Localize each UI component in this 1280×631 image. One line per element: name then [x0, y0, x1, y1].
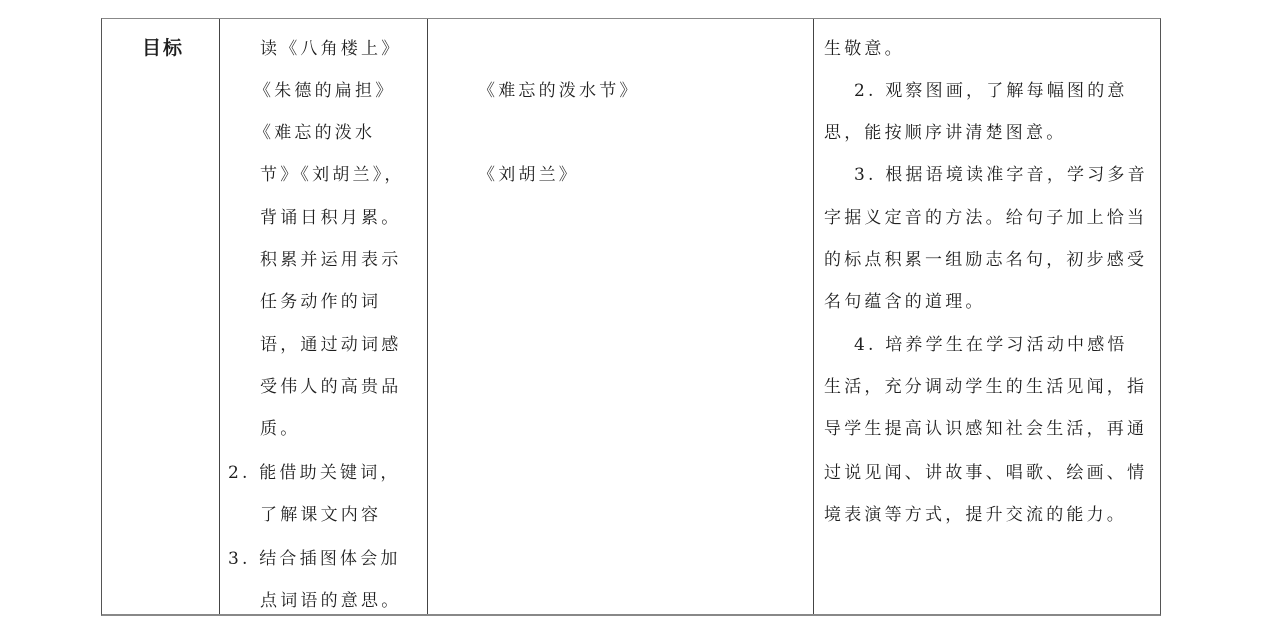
text-line: 节》《刘胡兰》，: [260, 165, 405, 185]
text-line: 的标点积累一组励志名句，初步感受: [824, 250, 1147, 270]
row-label: 目标: [142, 33, 184, 60]
text-line: 《刘胡兰》: [478, 165, 579, 185]
text-line: 导学生提高认识感知社会生活，再通: [824, 419, 1147, 439]
text-line: 生活，充分调动学生的生活见闻，指: [824, 377, 1147, 397]
text-line: 积累并运用表示: [260, 250, 401, 270]
text-line: 读《八角楼上》: [260, 39, 401, 59]
row-label-cell: 目标: [102, 19, 219, 614]
lesson-goals-table: 目标 读《八角楼上》《朱德的扁担》《难忘的泼水节》《刘胡兰》，背诵日积月累。积累…: [101, 18, 1161, 616]
text-line: 《难忘的泼水: [254, 123, 375, 143]
text-line: 名句蕴含的道理。: [824, 292, 986, 312]
text-line: 语，通过动词感: [260, 335, 401, 355]
text-line: 3. 根据语境读准字音，学习多音: [854, 165, 1148, 185]
text-line: 2. 观察图画，了解每幅图的意: [854, 81, 1128, 101]
text-line: 《朱德的扁担》: [254, 81, 395, 101]
content-cell-texts: 《难忘的泼水节》《刘胡兰》: [428, 19, 813, 614]
text-line: 质。: [260, 419, 300, 439]
text-line: 2. 能借助关键词，: [228, 463, 401, 483]
text-line: 过说见闻、讲故事、唱歌、绘画、情: [824, 463, 1147, 483]
text-line: 字据义定音的方法。给句子加上恰当: [824, 208, 1147, 228]
text-line: 任务动作的词: [260, 292, 381, 312]
text-line: 思，能按顺序讲清楚图意。: [824, 123, 1066, 143]
content-cell-objectives: 生敬意。2. 观察图画，了解每幅图的意思，能按顺序讲清楚图意。3. 根据语境读准…: [814, 19, 1161, 614]
text-line: 受伟人的高贵品: [260, 377, 401, 397]
text-line: 点词语的意思。: [260, 591, 401, 611]
text-line: 了解课文内容: [260, 505, 381, 525]
text-line: 背诵日积月累。: [260, 208, 401, 228]
content-cell-goals: 读《八角楼上》《朱德的扁担》《难忘的泼水节》《刘胡兰》，背诵日积月累。积累并运用…: [220, 19, 427, 614]
text-line: 《难忘的泼水节》: [478, 81, 640, 101]
text-line: 3. 结合插图体会加: [228, 549, 401, 569]
text-line: 生敬意。: [824, 39, 905, 59]
text-line: 4. 培养学生在学习活动中感悟: [854, 335, 1128, 355]
text-line: 境表演等方式，提升交流的能力。: [824, 505, 1127, 525]
